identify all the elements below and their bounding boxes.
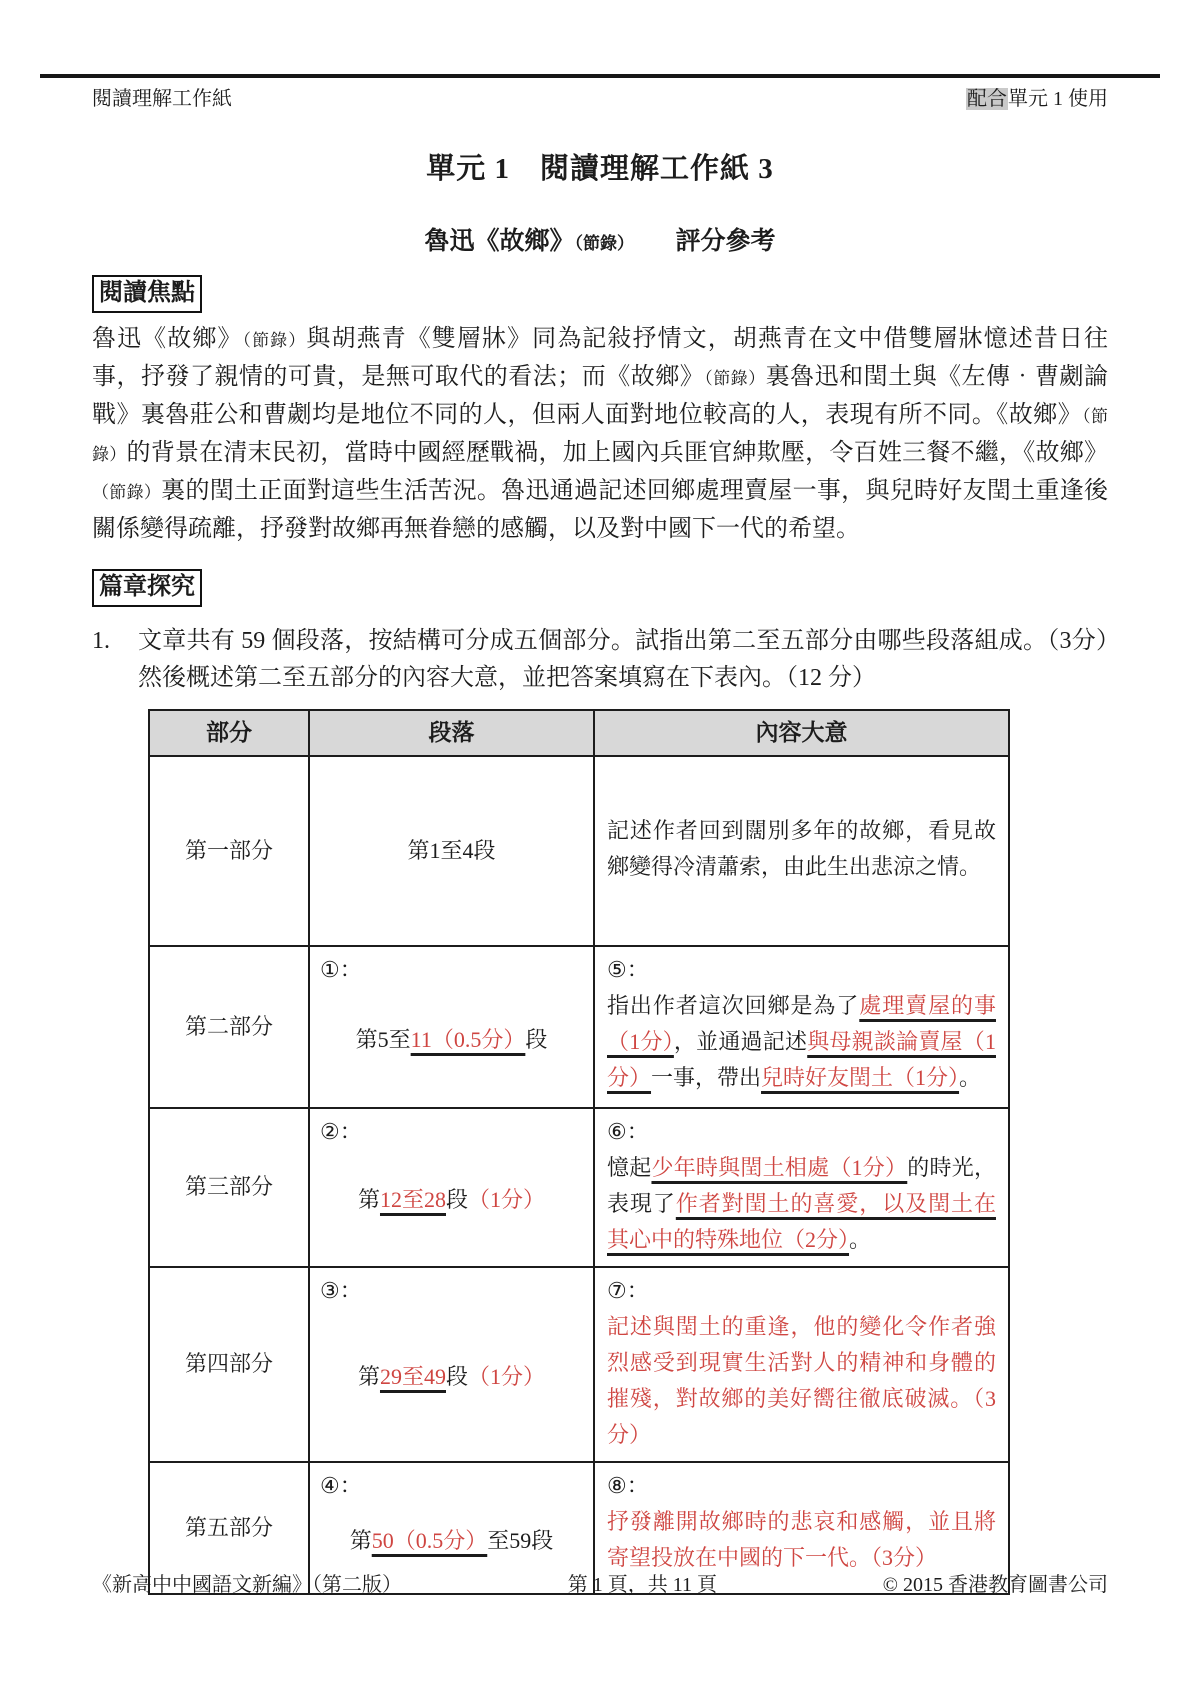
part-cell: 第四部分: [149, 1267, 309, 1462]
table-header-row: 部分 段落 內容大意: [149, 710, 1009, 756]
worksheet-page: 閱讀理解工作紙 配合單元 1 使用 單元 1 閱讀理解工作紙 3 魯迅《故鄉》（…: [0, 0, 1200, 1700]
part-cell: 第二部分: [149, 946, 309, 1108]
paragraph-cell-label: ②：: [320, 1114, 362, 1150]
summary-cell-text: 記述作者回到闊別多年的故鄉，看見故鄉變得冷清蕭索，由此生出悲涼之情。: [607, 813, 996, 885]
top-rule: [40, 74, 1160, 78]
table-row-part-4: 第四部分 ③： 第29至49段（1分） ⑦： 記述與閏土的重逢，他的變化令作者強…: [149, 1267, 1009, 1462]
reading-focus-paragraph: 魯迅《故鄉》（節錄）與胡燕青《雙層牀》同為記敍抒情文，胡燕青在文中借雙層牀憶述昔…: [92, 321, 1108, 547]
question-item-1: 1. 文章共有 59 個段落，按結構可分成五個部分。試指出第二至五部分由哪些段落…: [92, 623, 1108, 697]
page-footer: 《新高中中國語文新編》（第二版） 第 1 頁，共 11 頁 © 2015 香港教…: [92, 1568, 1108, 1597]
paragraph-cell: ②： 第12至28段（1分）: [309, 1108, 594, 1267]
section-label-reading-focus: 閱讀焦點: [92, 275, 1108, 313]
summary-cell-text: 憶起少年時與閏土相處（1分）的時光，表現了作者對閏土的喜愛，以及閏土在其心中的特…: [607, 1150, 996, 1258]
table-row-part-1: 第一部分 第1至4段 記述作者回到闊別多年的故鄉，看見故鄉變得冷清蕭索，由此生出…: [149, 756, 1009, 946]
part-cell: 第一部分: [149, 756, 309, 946]
footer-copyright: © 2015 香港教育圖書公司: [883, 1568, 1108, 1597]
paragraph-cell-label: ①：: [320, 952, 362, 988]
paragraph-cell-text: 第1至4段: [320, 833, 583, 869]
doc-header: 閱讀理解工作紙 配合單元 1 使用: [92, 86, 1108, 112]
paragraph-cell-text: 第5至11（0.5分）段: [320, 1022, 583, 1058]
footer-book-title: 《新高中中國語文新編》（第二版）: [92, 1568, 402, 1597]
table-header-summary: 內容大意: [594, 710, 1009, 756]
question-number: 1.: [92, 623, 138, 697]
header-left-text: 閱讀理解工作紙: [92, 86, 232, 112]
summary-cell-label: ⑦：: [607, 1273, 996, 1309]
header-right-text: 配合單元 1 使用: [966, 86, 1108, 112]
paragraph-cell: ③： 第29至49段（1分）: [309, 1267, 594, 1462]
paragraph-cell: 第1至4段: [309, 756, 594, 946]
page-content: 閱讀理解工作紙 配合單元 1 使用 單元 1 閱讀理解工作紙 3 魯迅《故鄉》（…: [0, 0, 1200, 1595]
passage-exploration-label-text: 篇章探究: [92, 569, 202, 607]
summary-cell-label: ⑥：: [607, 1114, 996, 1150]
summary-cell: 記述作者回到闊別多年的故鄉，看見故鄉變得冷清蕭索，由此生出悲涼之情。: [594, 756, 1009, 946]
part-cell: 第三部分: [149, 1108, 309, 1267]
summary-cell: ⑦： 記述與閏土的重逢，他的變化令作者強烈感受到現實生活對人的精神和身體的摧殘，…: [594, 1267, 1009, 1462]
paragraph-cell-label: ③：: [320, 1273, 362, 1309]
summary-cell-text: 指出作者這次回鄉是為了處理賣屋的事（1分），並通過記述與母親談論賣屋（1分）一事…: [607, 988, 996, 1096]
page-subtitle: 魯迅《故鄉》（節錄） 評分參考: [92, 221, 1108, 257]
table-header-part: 部分: [149, 710, 309, 756]
page-title: 單元 1 閱讀理解工作紙 3: [92, 146, 1108, 187]
section-label-passage-exploration: 篇章探究: [92, 569, 1108, 607]
paragraph-cell-label: ④：: [320, 1468, 362, 1504]
table-header-paragraphs: 段落: [309, 710, 594, 756]
question-text: 文章共有 59 個段落，按結構可分成五個部分。試指出第二至五部分由哪些段落組成。…: [138, 623, 1108, 697]
summary-cell: ⑥： 憶起少年時與閏土相處（1分）的時光，表現了作者對閏土的喜愛，以及閏土在其心…: [594, 1108, 1009, 1267]
summary-cell-text: 記述與閏土的重逢，他的變化令作者強烈感受到現實生活對人的精神和身體的摧殘，對故鄉…: [607, 1309, 996, 1453]
summary-cell: ⑤： 指出作者這次回鄉是為了處理賣屋的事（1分），並通過記述與母親談論賣屋（1分…: [594, 946, 1009, 1108]
footer-page-number: 第 1 頁，共 11 頁: [568, 1568, 717, 1597]
paragraph-cell-text: 第29至49段（1分）: [320, 1359, 583, 1395]
summary-cell-label: ⑧：: [607, 1468, 996, 1504]
table-row-part-2: 第二部分 ①： 第5至11（0.5分）段 ⑤： 指出作者這次回鄉是為了處理賣屋的…: [149, 946, 1009, 1108]
reading-focus-label-text: 閱讀焦點: [92, 275, 202, 313]
paragraph-cell: ①： 第5至11（0.5分）段: [309, 946, 594, 1108]
paragraph-cell-text: 第50（0.5分）至59段: [320, 1523, 583, 1559]
summary-cell-label: ⑤：: [607, 952, 996, 988]
table-row-part-3: 第三部分 ②： 第12至28段（1分） ⑥： 憶起少年時與閏土相處（1分）的時光…: [149, 1108, 1009, 1267]
answers-table: 部分 段落 內容大意 第一部分 第1至4段 記述作者回到闊別多年的故鄉，看見故鄉…: [148, 709, 1010, 1595]
paragraph-cell-text: 第12至28段（1分）: [320, 1182, 583, 1218]
summary-cell-text: 抒發離開故鄉時的悲哀和感觸，並且將寄望投放在中國的下一代。（3分）: [607, 1504, 996, 1576]
